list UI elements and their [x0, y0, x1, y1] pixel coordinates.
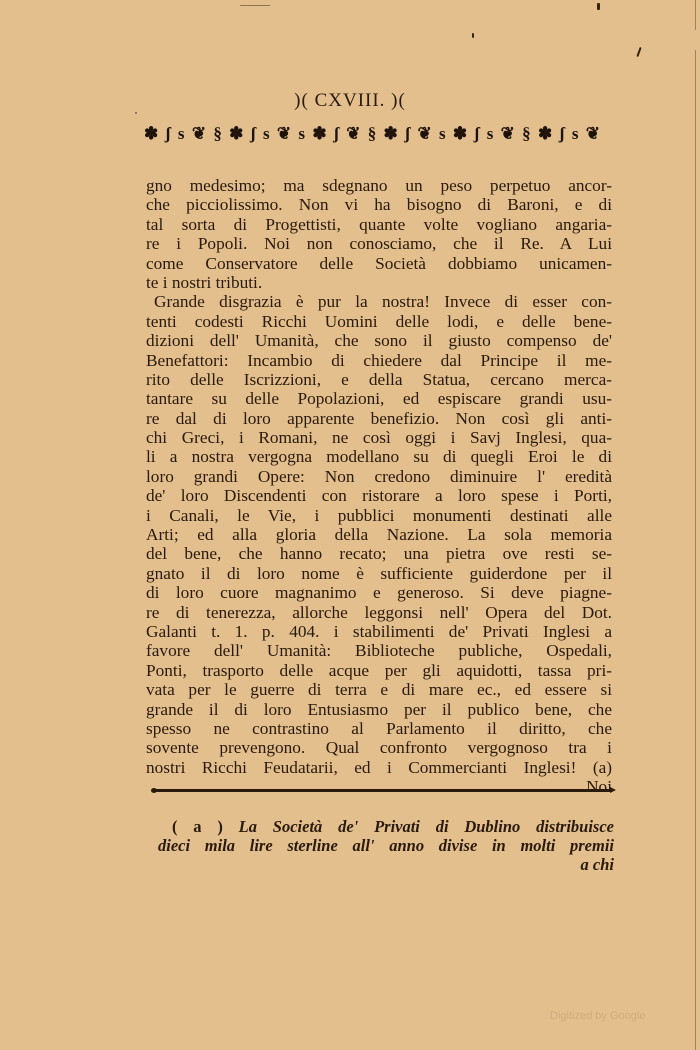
ornament-glyph-icon: ✽	[384, 124, 398, 144]
ornament-glyph-icon: §	[368, 124, 377, 144]
footnote: ( a ) La Società de' Privati di Dublino …	[158, 817, 614, 874]
text-line: Grande disgrazia è pur la nostra! Invece…	[146, 292, 612, 311]
text-line: gno medesimo; ma sdegnano un peso perpet…	[146, 176, 612, 195]
text-line: tenti codesti Ricchi Uomini delle lodi, …	[146, 312, 612, 331]
text-line: vata per le guerre di terra e di mare ec…	[146, 680, 612, 699]
decorative-ornament-border: ✽ʃs❦§✽ʃs❦s✽ʃ❦§✽ʃ❦s✽ʃs❦§✽ʃs❦	[144, 121, 600, 147]
ornament-glyph-icon: ❦	[277, 124, 291, 144]
book-page: )( CXVIII. )( ✽ʃs❦§✽ʃs❦s✽ʃ❦§✽ʃ❦s✽ʃs❦§✽ʃs…	[0, 0, 700, 1050]
ornament-glyph-icon: ʃ	[405, 124, 410, 144]
text-line: nostri Ricchi Feudatarii, ed i Commercia…	[146, 758, 612, 777]
text-line: favore dell' Umanità: Biblioteche public…	[146, 641, 612, 660]
ornament-glyph-icon: ʃ	[334, 124, 339, 144]
ornament-glyph-icon: s	[298, 124, 305, 144]
ornament-glyph-icon: ✽	[538, 124, 552, 144]
scan-speck	[636, 47, 641, 57]
ornament-glyph-icon: ʃ	[559, 124, 564, 144]
footnote-separator-rule	[155, 789, 613, 792]
scan-speck	[472, 33, 474, 38]
text-line: Arti; ed alla gloria della Nazione. La s…	[146, 525, 612, 544]
ornament-glyph-icon: ❦	[346, 124, 360, 144]
scan-speck	[597, 3, 600, 10]
ornament-glyph-icon: s	[178, 124, 185, 144]
ornament-glyph-icon: §	[213, 124, 222, 144]
footnote-catchword: a chi	[158, 855, 614, 874]
ornament-glyph-icon: ✽	[453, 124, 467, 144]
ornament-glyph-icon: ʃ	[474, 124, 479, 144]
text-line: li a nostra vergogna modellano su di que…	[146, 447, 612, 466]
text-line: tal sorta di Progettisti, quante volte v…	[146, 215, 612, 234]
footnote-text: La Società de' Privati di Dublino distri…	[239, 817, 614, 836]
ornament-glyph-icon: §	[522, 124, 531, 144]
text-line: chi Greci, i Romani, ne così oggi i Savj…	[146, 428, 612, 447]
ornament-glyph-icon: s	[439, 124, 446, 144]
text-line: rito delle Iscrizzioni, e della Statua, …	[146, 370, 612, 389]
text-line: re dal di loro apparente benefizio. Non …	[146, 409, 612, 428]
ornament-glyph-icon: ʃ	[166, 124, 171, 144]
text-line: te i nostri tributi.	[146, 273, 612, 292]
body-text: gno medesimo; ma sdegnano un peso perpet…	[146, 176, 612, 797]
ornament-glyph-icon: s	[572, 124, 579, 144]
ornament-glyph-icon: ❦	[586, 124, 600, 144]
ornament-glyph-icon: ❦	[192, 124, 206, 144]
ornament-glyph-icon: ❦	[501, 124, 515, 144]
ornament-glyph-icon: s	[487, 124, 494, 144]
text-line: gnato il di loro nome è sufficiente guid…	[146, 564, 612, 583]
text-line: sovente prevengono. Qual confronto vergo…	[146, 738, 612, 757]
ornament-glyph-icon: ✽	[144, 124, 158, 144]
text-line: Benefattori: Incambio di chiedere dal Pr…	[146, 351, 612, 370]
text-line: come Conservatore delle Società dobbiamo…	[146, 254, 612, 273]
text-line: del bene, che hanno recato; una pietra o…	[146, 544, 612, 563]
ornament-glyph-icon: ✽	[312, 124, 326, 144]
text-line: re i Popoli. Noi non conosciamo, che il …	[146, 234, 612, 253]
text-line: i Canali, le Vie, i pubblici monumenti d…	[146, 506, 612, 525]
footnote-mark: ( a )	[172, 817, 223, 836]
text-line: loro grandi Opere: Non credono diminuire…	[146, 467, 612, 486]
text-line: grande il di loro Entusiasmo per il publ…	[146, 700, 612, 719]
ornament-glyph-icon: ❦	[417, 124, 431, 144]
watermark: Digitized by Google	[550, 1010, 645, 1022]
page-number: )( CXVIII. )(	[0, 90, 700, 112]
text-line: de' loro Discendenti con ristorare a lor…	[146, 486, 612, 505]
scan-speck	[240, 5, 270, 6]
footnote-line: dieci mila lire sterline all' anno divis…	[158, 836, 614, 855]
page-edge-line	[695, 0, 696, 30]
text-line: che picciolissimo. Non vi ha bisogno di …	[146, 195, 612, 214]
ornament-glyph-icon: ʃ	[251, 124, 256, 144]
footnote-line: ( a ) La Società de' Privati di Dublino …	[158, 817, 614, 836]
text-line: Ponti, trasporto delle acque per gli aqu…	[146, 661, 612, 680]
text-line: di loro cuore magnanimo e generoso. Si d…	[146, 583, 612, 602]
catchword: Noi	[146, 777, 612, 796]
text-line: spesso ne contrastino al Parlamento il d…	[146, 719, 612, 738]
text-line: re di tenerezza, allorche leggonsi nell'…	[146, 603, 612, 622]
text-line: dizioni dell' Umanità, che sono il giust…	[146, 331, 612, 350]
text-line: tantare su delle Popolazioni, ed espisca…	[146, 389, 612, 408]
ornament-glyph-icon: s	[263, 124, 270, 144]
ornament-glyph-icon: ✽	[229, 124, 243, 144]
scan-speck	[135, 112, 137, 114]
page-edge-line	[695, 50, 696, 1050]
text-line: Galanti t. 1. p. 404. i stabilimenti de'…	[146, 622, 612, 641]
